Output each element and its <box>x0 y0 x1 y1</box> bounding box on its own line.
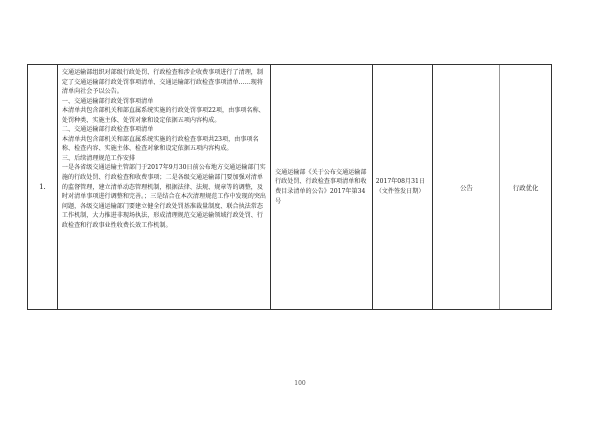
content-intro: 交通运输部组织对部级行政处罚、行政检查和涉企收费事项进行了清理，制定了交通运输部… <box>62 68 266 97</box>
row-index: 1. <box>39 183 46 191</box>
content-heading-3: 三、后续清理规范工作安排 <box>62 154 266 164</box>
index-cell: 1. <box>28 65 58 309</box>
basis-cell: 交通运输部《关于公布交通运输部行政处罚、行政检查事项清单和收费目录清单的公告》2… <box>271 65 373 309</box>
date-cell: 2017年08月31日（文件签发日期） <box>373 65 434 309</box>
content-paragraph-3: 一是各省级交通运输主管部门于2017年9月30日前公布地方交通运输部门实施的行政… <box>62 163 266 230</box>
content-paragraph-2: 本清单共包含部机关和部直属系统实施的行政检查事项共23项，由事项名称、检查内容、… <box>62 135 266 154</box>
content-cell: 交通运输部组织对部级行政处罚、行政检查和涉企收费事项进行了清理，制定了交通运输部… <box>58 65 271 309</box>
basis-text: 交通运输部《关于公布交通运输部行政处罚、行政检查事项清单和收费目录清单的公告》2… <box>275 168 368 206</box>
policy-table: 1. 交通运输部组织对部级行政处罚、行政检查和涉企收费事项进行了清理，制定了交通… <box>27 64 552 310</box>
content-heading-2: 二、交通运输部行政检查事项清单 <box>62 125 266 135</box>
form-cell: 公告 <box>433 65 500 309</box>
type-text: 行政优化 <box>513 183 539 192</box>
content-paragraph-1: 本清单共包含部机关和部直属系统实施的行政处罚事项22项，由事项名称、处罚种类、实… <box>62 106 266 125</box>
form-text: 公告 <box>460 183 473 192</box>
type-cell: 行政优化 <box>500 65 551 309</box>
date-text: 2017年08月31日（文件签发日期） <box>376 177 430 196</box>
page-number: 100 <box>0 380 600 387</box>
content-heading-1: 一、交通运输部行政处罚事项清单 <box>62 97 266 107</box>
